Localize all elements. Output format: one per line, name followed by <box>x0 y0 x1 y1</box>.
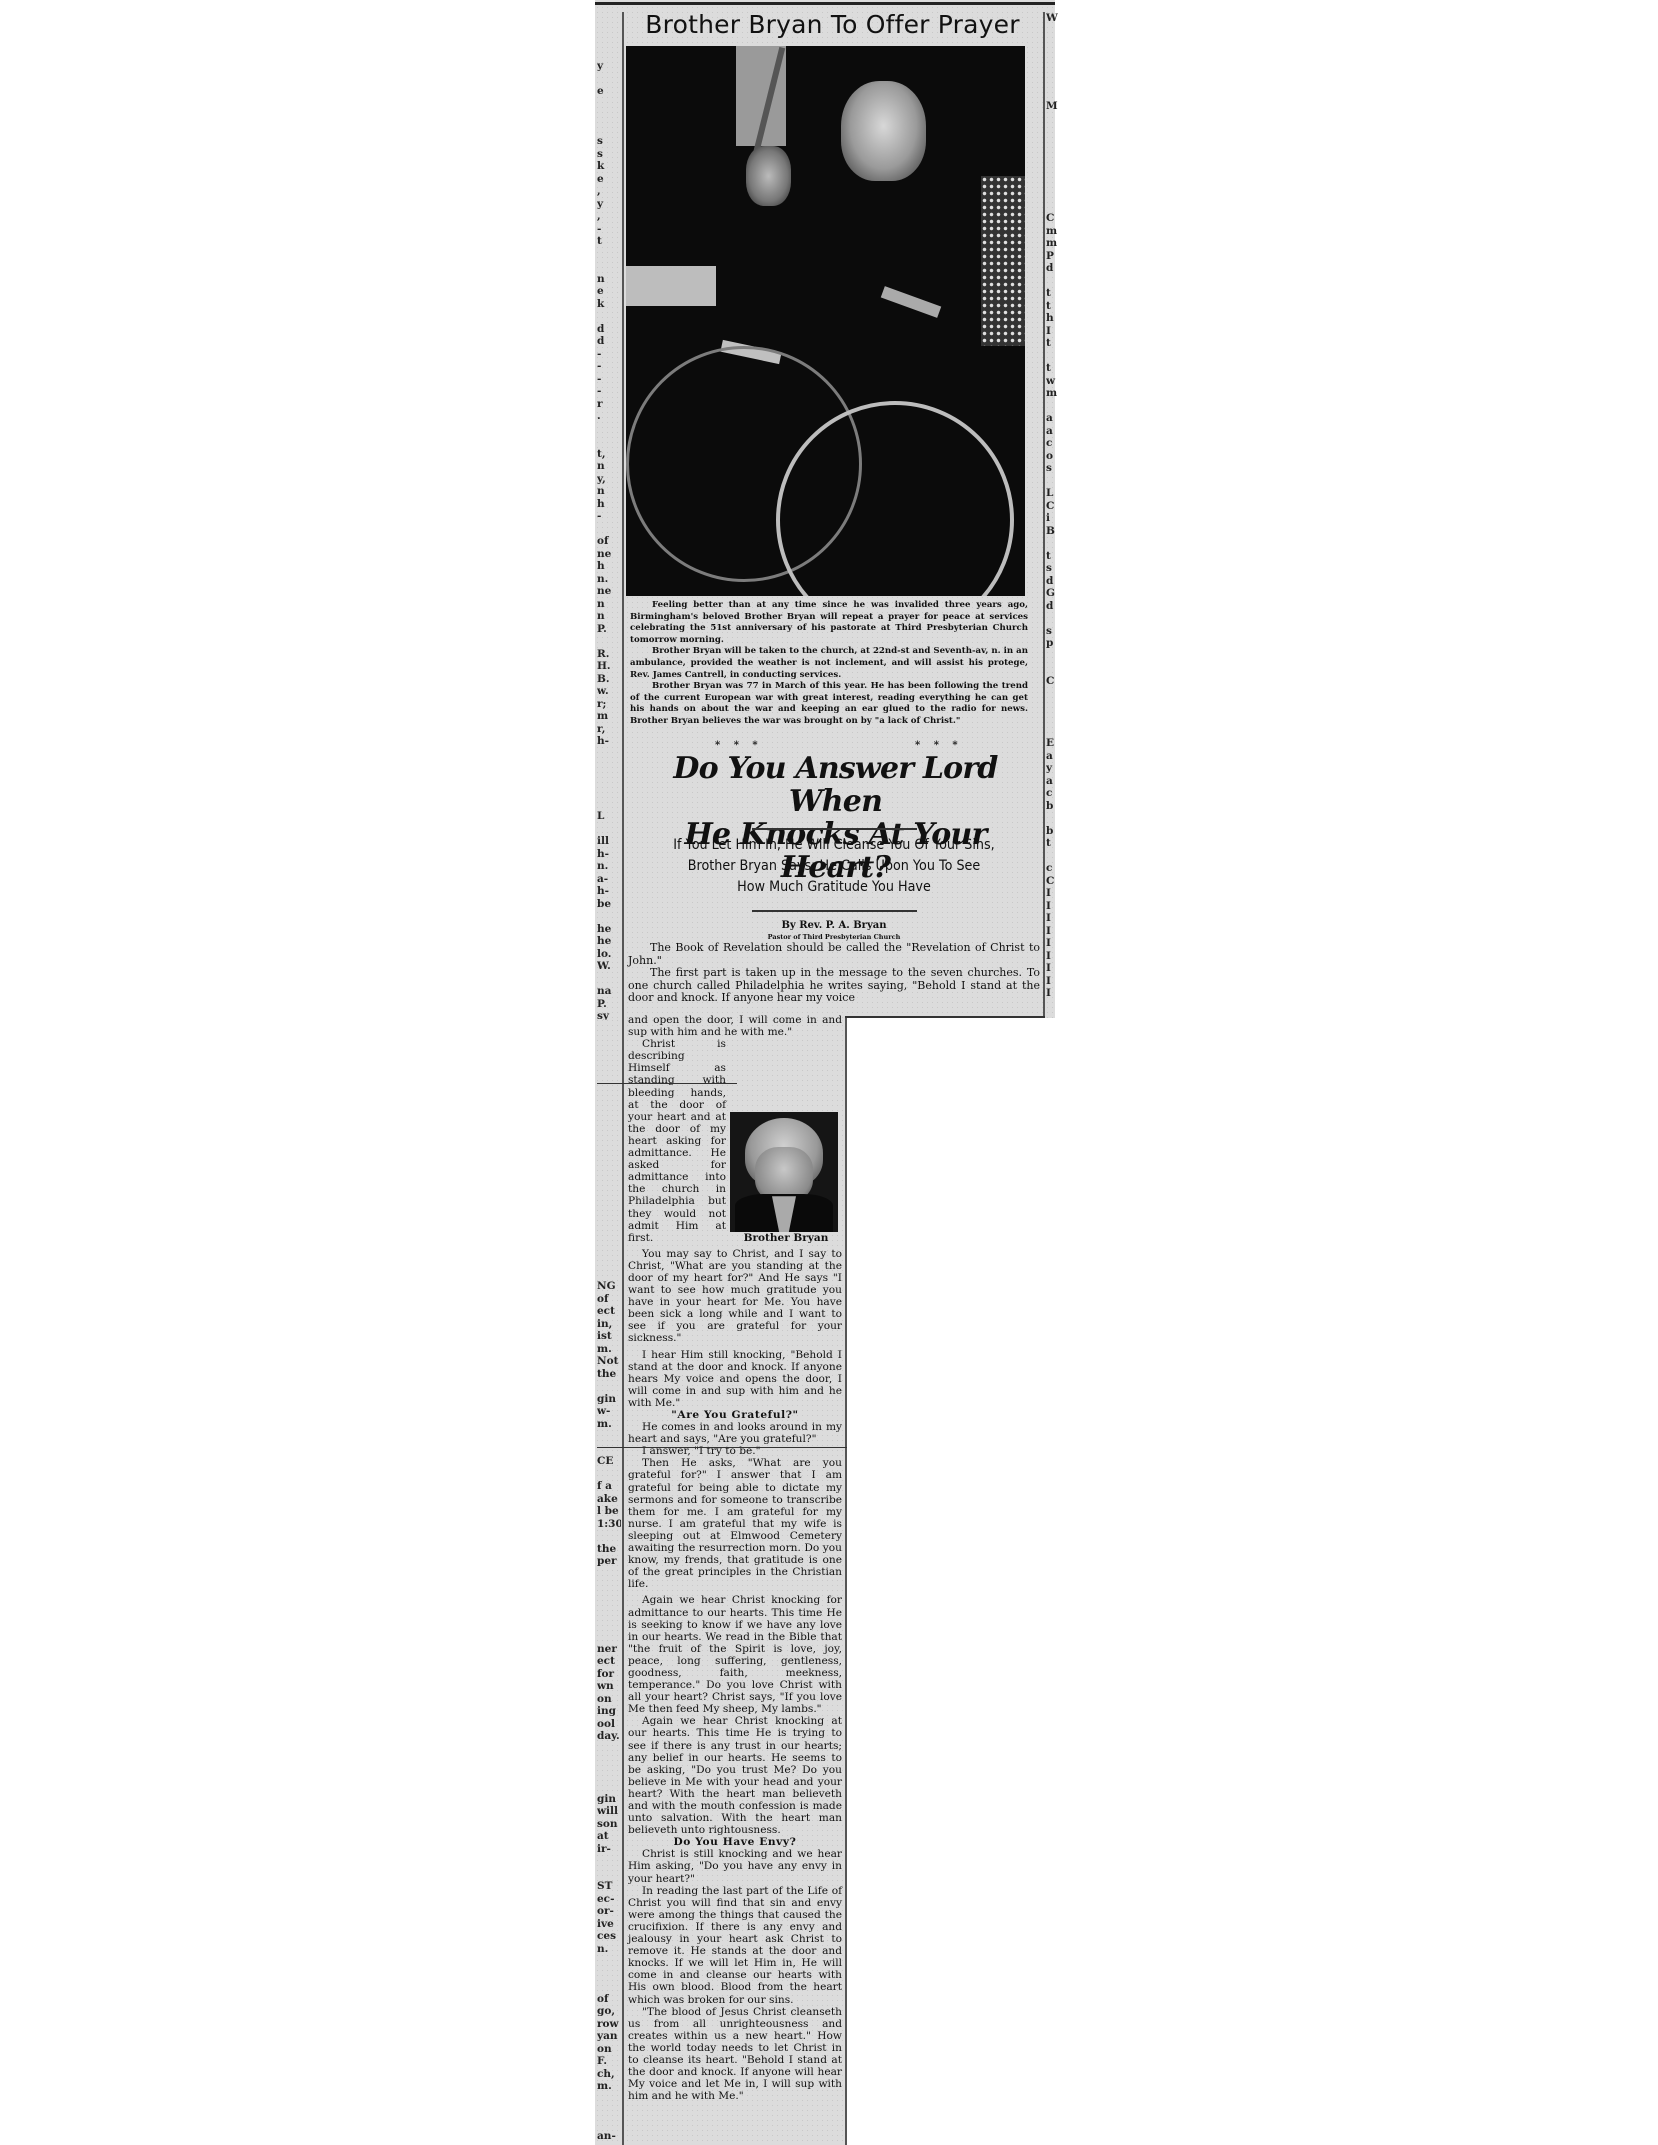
photo-headline: Brother Bryan To Offer Prayer <box>625 10 1040 39</box>
caption-paragraph: Feeling better than at any time since he… <box>630 600 1028 646</box>
body-paragraph: and open the door, I will come in and su… <box>628 1014 842 1038</box>
body-paragraph: "The blood of Jesus Christ cleanseth us … <box>628 2006 842 2103</box>
subheadline-line: How Much Gratitude You Have <box>653 877 1016 898</box>
body-paragraph: The first part is taken up in the messag… <box>628 967 1040 1005</box>
subheadline-line: Brother Bryan Says; He Calls Upon You To… <box>653 856 1016 877</box>
photo-window-detail <box>626 266 716 306</box>
photo-armrest <box>881 286 941 318</box>
body-paragraph: Again we hear Christ knocking for admitt… <box>628 1594 842 1715</box>
photo-face <box>841 81 926 181</box>
body-paragraph: Christ is still knocking and we hear Him… <box>628 1848 842 1884</box>
body-paragraph: Again we hear Christ knocking at our hea… <box>628 1715 842 1836</box>
article-body-column: and open the door, I will come in and su… <box>628 1014 842 2102</box>
step-column-rule <box>845 1016 1045 1018</box>
inset-portrait: Brother Bryan <box>730 1112 842 1244</box>
photo-caption: Feeling better than at any time since he… <box>630 600 1028 728</box>
subhead-are-you-grateful: "Are You Grateful?" <box>628 1409 842 1421</box>
adjacent-right-column-fragments: W M C m m P d t t h I t t w m a a c o s … <box>1046 12 1058 1012</box>
body-paragraph: I hear Him still knocking, "Behold I sta… <box>628 1349 842 1409</box>
paste-up-crossline <box>597 1083 737 1084</box>
separator-dots: * * * <box>715 740 763 751</box>
body-paragraph: In reading the last part of the Life of … <box>628 1885 842 2006</box>
subhead-do-you-have-envy: Do You Have Envy? <box>628 1836 842 1848</box>
byline-title: Pastor of Third Presbyterian Church <box>628 933 1040 941</box>
byline-rule <box>752 910 917 912</box>
paste-up-crossline <box>597 1447 847 1448</box>
subheadline-line: If You Let Him In, He Will Cleanse You O… <box>653 835 1016 856</box>
brother-bryan-portrait-photo <box>730 1112 838 1232</box>
byline: By Rev. P. A. Bryan <box>628 920 1040 932</box>
brother-bryan-wheelchair-photo <box>626 46 1025 596</box>
caption-paragraph: Brother Bryan will be taken to the churc… <box>630 646 1028 681</box>
top-column-rule <box>595 2 1055 5</box>
body-paragraph: He comes in and looks around in my heart… <box>628 1421 842 1445</box>
caption-paragraph: Brother Bryan was 77 in March of this ye… <box>630 681 1028 727</box>
adjacent-left-column-fragments: y e s s k e , y , - t n e k d d - - - - … <box>597 60 621 1020</box>
inset-photo-caption: Brother Bryan <box>730 1232 842 1244</box>
body-paragraph: You may say to Christ, and I say to Chri… <box>628 1248 842 1345</box>
left-column-rule <box>622 12 624 2145</box>
article-subheadline: If You Let Him In, He Will Cleanse You O… <box>653 835 1016 898</box>
body-paragraph: The Book of Revelation should be called … <box>628 942 1040 967</box>
photo-wicker-backrest <box>981 176 1025 346</box>
adjacent-left-column-fragments-lower: NG of ect in, ist m. Not the gin w- m. C… <box>597 1280 621 2140</box>
right-column-rule <box>1043 12 1045 1017</box>
headline-rule <box>752 828 917 830</box>
lower-right-column-rule <box>845 1018 847 2145</box>
photo-hand <box>746 146 791 206</box>
headline-line: Do You Answer Lord When <box>628 752 1043 818</box>
separator-dots: * * * <box>915 740 963 751</box>
article-body-wide: The Book of Revelation should be called … <box>628 942 1040 1005</box>
body-paragraph: Then He asks, "What are you grateful for… <box>628 1457 842 1590</box>
